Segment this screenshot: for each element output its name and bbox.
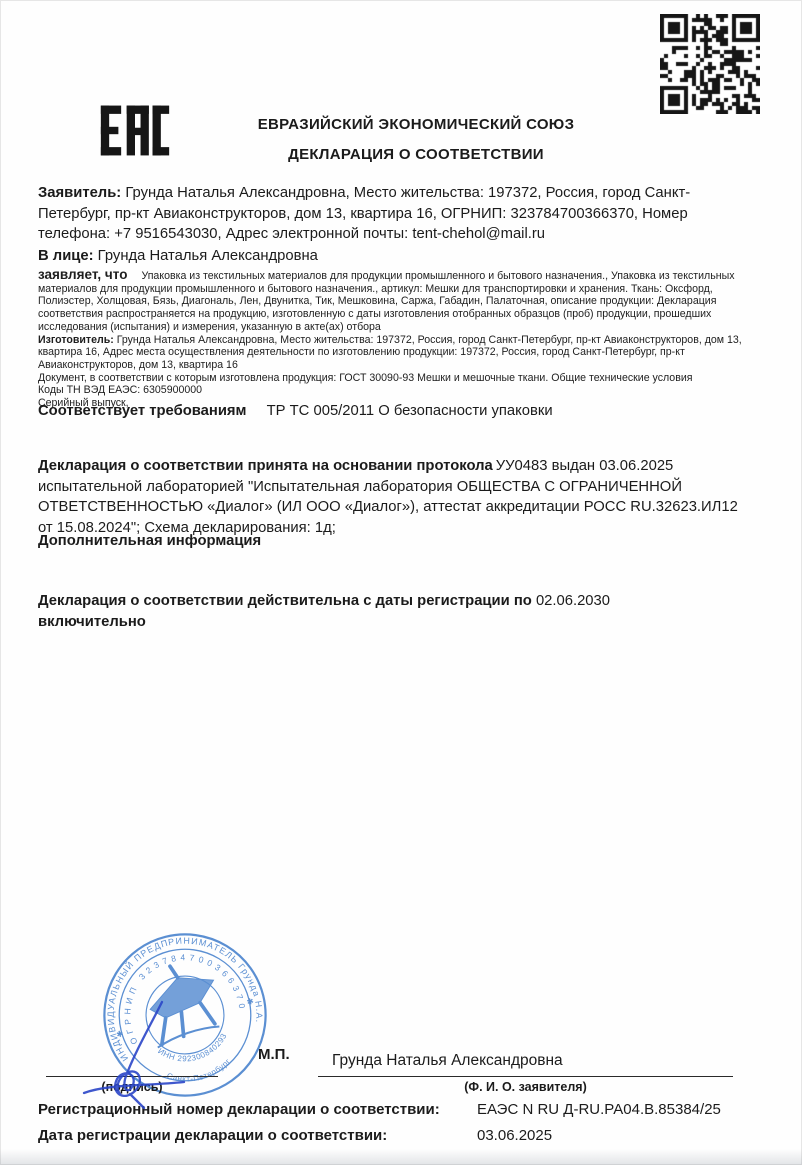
declares-label: заявляет, что: [38, 267, 127, 282]
validity-suffix: включительно: [38, 614, 146, 630]
basis-label: Декларация о соответствии принята на осн…: [38, 458, 493, 474]
additional-info-heading: Дополнительная информация: [38, 531, 261, 552]
document-title: ДЕКЛАРАЦИЯ О СООТВЕТСТВИИ: [46, 146, 786, 163]
document-header: ЕВРАЗИЙСКИЙ ЭКОНОМИЧЕСКИЙ СОЮЗ ДЕКЛАРАЦИ…: [46, 116, 786, 163]
applicant-label: Заявитель:: [38, 185, 121, 201]
registration-number-value: ЕАЭС N RU Д-RU.РА04.В.85384/25: [477, 1101, 721, 1118]
product-paragraph: заявляет, чтоУпаковка из текстильных мат…: [38, 269, 765, 334]
tnved-codes-line: Коды ТН ВЭД ЕАЭС: 6305900000: [38, 384, 765, 397]
applicant-paragraph: Заявитель: Грунда Наталья Александровна,…: [38, 183, 738, 245]
registration-date-value: 03.06.2025: [477, 1127, 552, 1144]
product-standard-line: Документ, в соответствии с которым изгот…: [38, 372, 765, 385]
validity-label: Декларация о соответствии действительна …: [38, 593, 532, 609]
applicant-name-signed: Грунда Наталья Александровна: [332, 1052, 563, 1070]
compliance-label: Соответствует требованиям: [38, 403, 247, 419]
compliance-line: Соответствует требованиям ТР ТС 005/2011…: [38, 403, 553, 419]
validity-date: 02.06.2030: [536, 593, 610, 609]
technical-regulation: ТР ТС 005/2011 О безопасности упаковки: [267, 403, 553, 419]
person-paragraph: В лице: Грунда Наталья Александровна: [38, 246, 738, 267]
applicant-text: Грунда Наталья Александровна, Место жите…: [38, 185, 690, 242]
declares-section: заявляет, чтоУпаковка из текстильных мат…: [38, 269, 765, 410]
person-text: Грунда Наталья Александровна: [98, 248, 318, 264]
basis-paragraph: Декларация о соответствии принята на осн…: [38, 456, 743, 538]
scan-shadow: [0, 1149, 802, 1165]
manufacturer-text: Грунда Наталья Александровна, Место жите…: [38, 334, 742, 371]
manufacturer-paragraph: Изготовитель: Грунда Наталья Александров…: [38, 334, 765, 372]
handwritten-signature: [70, 998, 202, 1110]
declaration-document: ЕВРАЗИЙСКИЙ ЭКОНОМИЧЕСКИЙ СОЮЗ ДЕКЛАРАЦИ…: [0, 0, 802, 1165]
stamp-place-label: М.П.: [258, 1046, 290, 1063]
name-caption: (Ф. И. О. заявителя): [318, 1080, 733, 1094]
manufacturer-label: Изготовитель:: [38, 334, 114, 346]
product-text: Упаковка из текстильных материалов для п…: [38, 270, 735, 333]
qr-code: [660, 14, 760, 114]
registration-date-label: Дата регистрации декларации о соответств…: [38, 1127, 387, 1144]
union-title: ЕВРАЗИЙСКИЙ ЭКОНОМИЧЕСКИЙ СОЮЗ: [46, 116, 786, 133]
person-label: В лице:: [38, 248, 94, 264]
validity-paragraph: Декларация о соответствии действительна …: [38, 591, 698, 632]
name-line: [318, 1076, 733, 1077]
